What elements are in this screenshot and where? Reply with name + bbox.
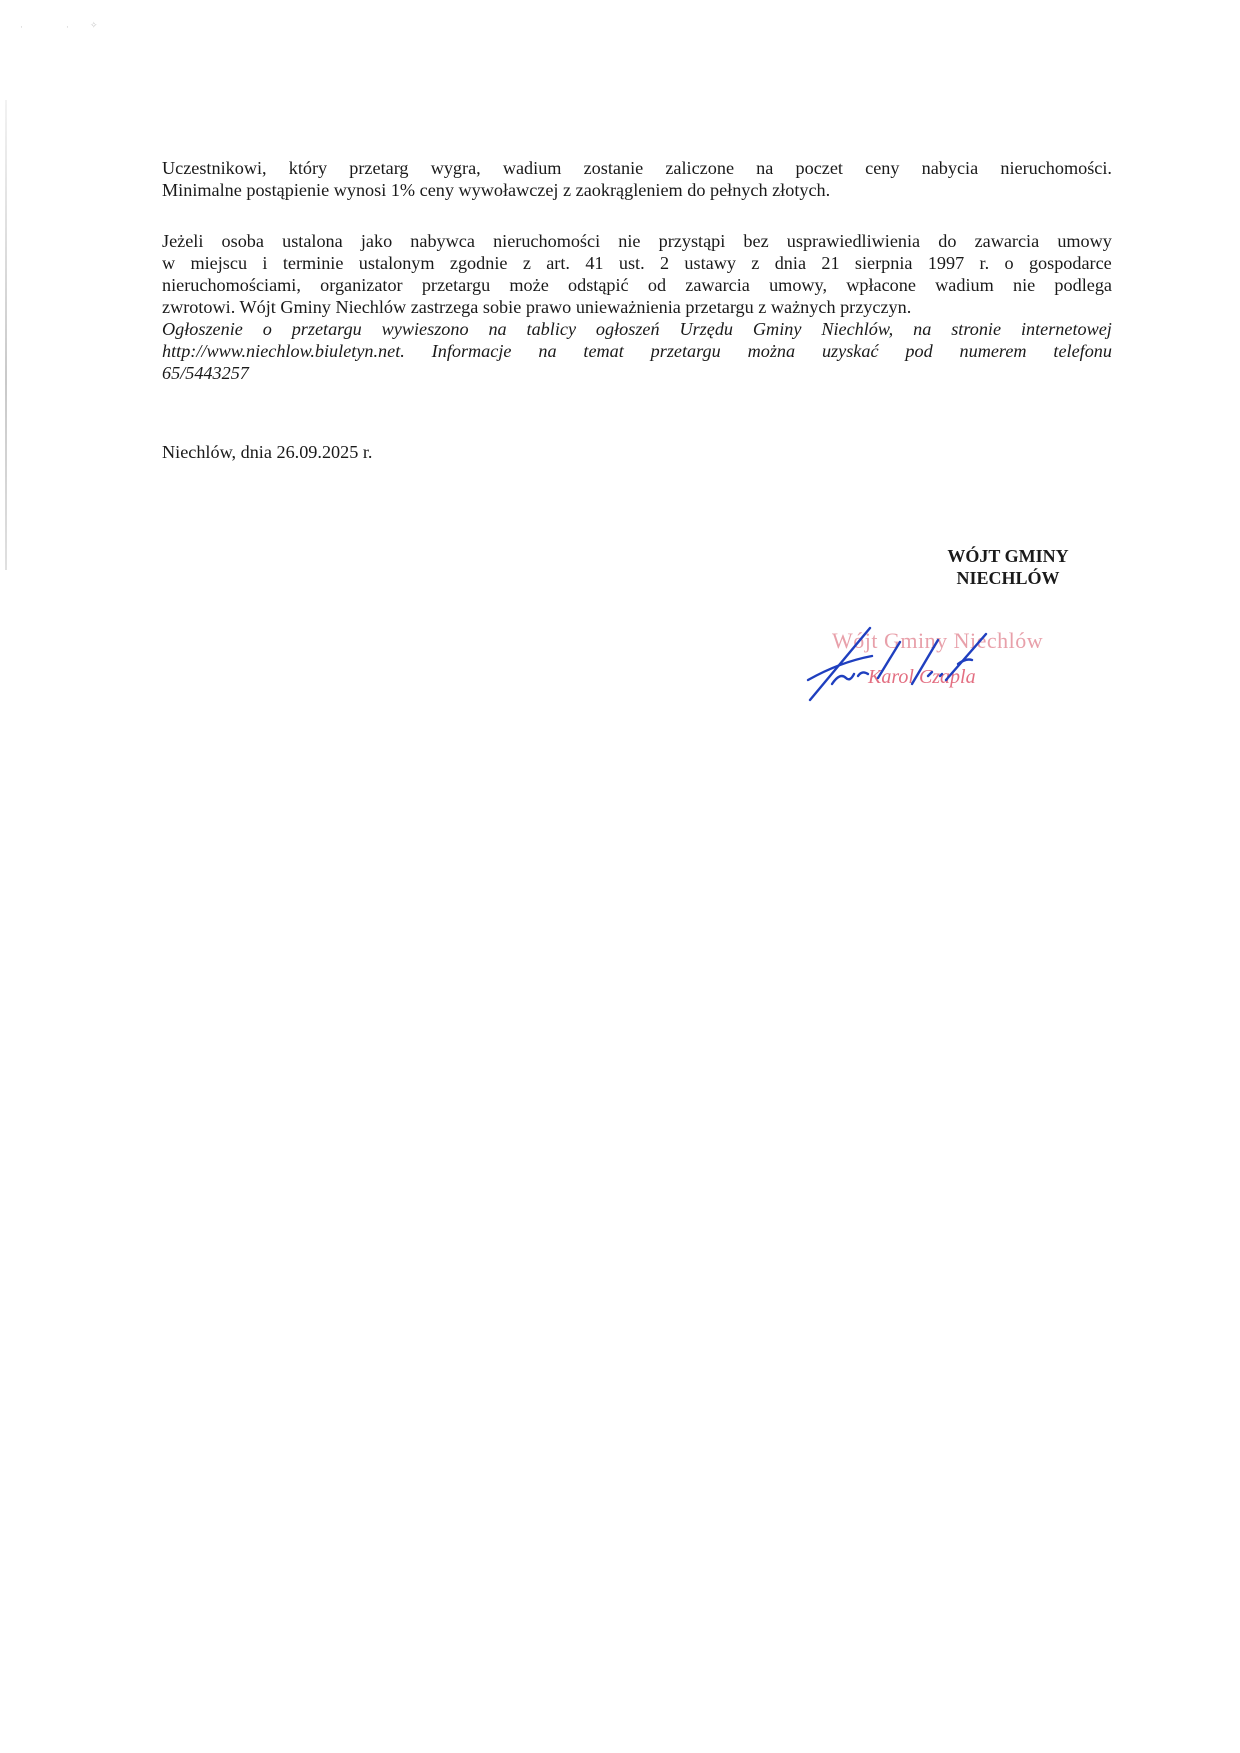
signatory-title-line1: WÓJT GMINY — [878, 545, 1138, 567]
text-line: Minimalne postąpienie wynosi 1% ceny wyw… — [162, 179, 1112, 201]
text-line: nieruchomościami,organizatorprzetargumoż… — [162, 274, 1112, 296]
signature-block: Wójt Gminy Niechlów Karol Czapla — [800, 620, 1060, 710]
scan-artifact: ✧ — [90, 20, 98, 31]
text-line: zwrotowi. Wójt Gminy Niechlów zastrzega … — [162, 296, 1112, 318]
phone-number: 65/5443257 — [162, 362, 1112, 384]
scan-artifact: · — [20, 22, 23, 32]
signatory-title: WÓJT GMINY NIECHLÓW — [878, 545, 1138, 589]
scan-edge-line — [5, 100, 7, 570]
announcement-line: Ogłoszenieoprzetarguwywieszononatablicyo… — [162, 318, 1112, 340]
paragraph-conditions: Jeżeliosobaustalonajakonabywcanieruchomo… — [162, 230, 1112, 384]
text-line: Jeżeliosobaustalonajakonabywcanieruchomo… — [162, 230, 1112, 252]
text-line: Uczestnikowi,któryprzetargwygra,wadiumzo… — [162, 157, 1112, 179]
signatory-title-line2: NIECHLÓW — [878, 567, 1138, 589]
text-line: wmiejscuiterminieustalonymzgodniezart.41… — [162, 252, 1112, 274]
announcement-line: http://www.niechlow.biuletyn.net.Informa… — [162, 340, 1112, 362]
scan-artifact: · — [66, 22, 69, 32]
handwritten-signature-icon — [800, 620, 1060, 710]
date-line: Niechlów, dnia 26.09.2025 r. — [162, 442, 372, 463]
paragraph-wadium: Uczestnikowi,któryprzetargwygra,wadiumzo… — [162, 157, 1112, 201]
